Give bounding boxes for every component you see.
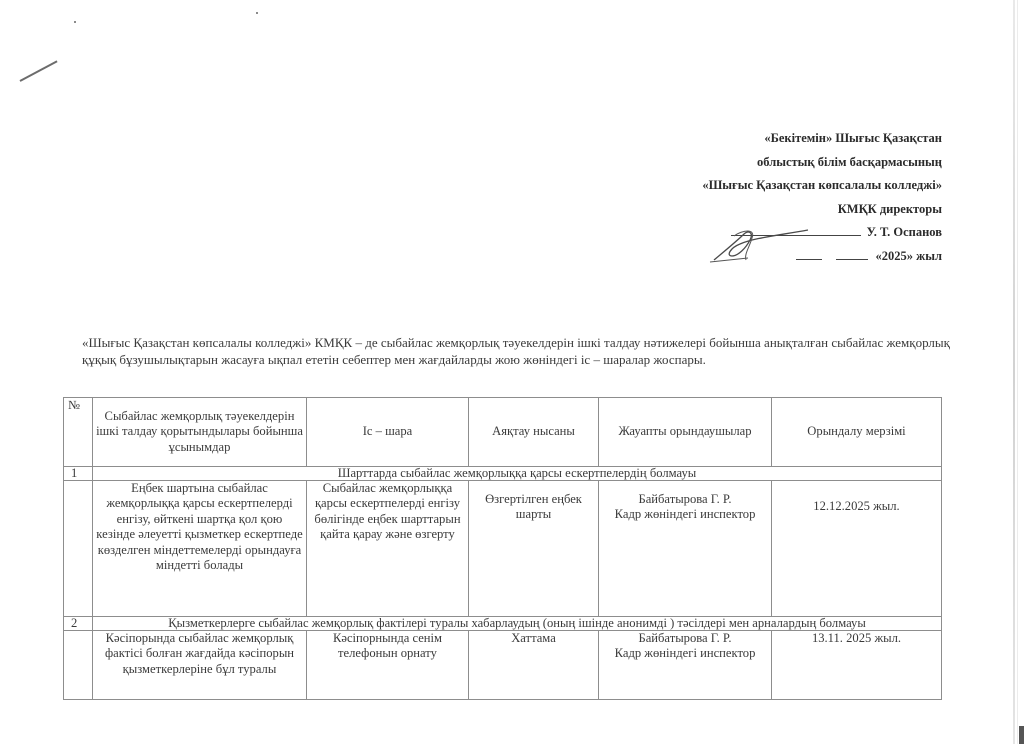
scan-speck <box>74 21 76 23</box>
handwritten-signature <box>704 226 814 266</box>
cell-action: Сыбайлас жемқорлыққа қарсы ескертпелерді… <box>307 481 469 617</box>
section-number: 1 <box>64 467 93 481</box>
scan-speck <box>256 12 258 14</box>
plan-intro-paragraph: «Шығыс Қазақстан көпсалалы колледжі» КМҚ… <box>82 335 962 368</box>
signatory-name: У. Т. Оспанов <box>867 225 942 239</box>
responsible-role: Кадр жөніндегі инспектор <box>602 646 768 661</box>
cell-responsible: Байбатырова Г. Р. Кадр жөніндегі инспект… <box>599 631 772 700</box>
cell-action: Кәсіпорнында сенім телефонын орнату <box>307 631 469 700</box>
section-title: Шарттарда сыбайлас жемқорлыққа қарсы еск… <box>93 467 942 481</box>
header-number: № <box>64 398 93 467</box>
action-plan-table: № Сыбайлас жемқорлық тәуекелдерін ішкі т… <box>63 397 942 700</box>
section-row: 2 Қызметкерлерге сыбайлас жемқорлық факт… <box>64 617 942 631</box>
approval-line: облыстық білім басқармасының <box>582 151 942 175</box>
header-action: Іс – шара <box>307 398 469 467</box>
cell-recommendation: Еңбек шартына сыбайлас жемқорлыққа қарсы… <box>93 481 307 617</box>
cell-recommendation: Кәсіпорында сыбайлас жемқорлық фактісі б… <box>93 631 307 700</box>
header-responsible: Жауапты орындаушылар <box>599 398 772 467</box>
scan-page-edge <box>1013 0 1015 744</box>
cell-deadline: 13.11. 2025 жыл. <box>772 631 942 700</box>
header-recommendation: Сыбайлас жемқорлық тәуекелдерін ішкі тал… <box>93 398 307 467</box>
table-header-row: № Сыбайлас жемқорлық тәуекелдерін ішкі т… <box>64 398 942 467</box>
scan-pen-mark <box>20 60 58 81</box>
cell-completion-form: Өзгертілген еңбек шарты <box>469 481 599 617</box>
row-number-empty <box>64 481 93 617</box>
row-number-empty <box>64 631 93 700</box>
cell-completion-form: Хаттама <box>469 631 599 700</box>
header-completion-form: Аяқтау нысаны <box>469 398 599 467</box>
section-number: 2 <box>64 617 93 631</box>
approval-date-year: «2025» жыл <box>876 249 942 263</box>
table-row: Кәсіпорында сыбайлас жемқорлық фактісі б… <box>64 631 942 700</box>
approval-line: «Шығыс Қазақстан көпсалалы колледжі» <box>582 174 942 198</box>
section-title: Қызметкерлерге сыбайлас жемқорлық фактіл… <box>93 617 942 631</box>
responsible-name: Байбатырова Г. Р. <box>602 492 768 507</box>
header-deadline: Орындалу мерзімі <box>772 398 942 467</box>
approval-line: КМҚК директоры <box>582 198 942 222</box>
approval-line: «Бекітемін» Шығыс Қазақстан <box>582 127 942 151</box>
scan-corner-mark <box>1019 726 1024 744</box>
scan-page-edge-inner <box>1017 0 1018 744</box>
cell-responsible: Байбатырова Г. Р. Кадр жөніндегі инспект… <box>599 481 772 617</box>
table-row: Еңбек шартына сыбайлас жемқорлыққа қарсы… <box>64 481 942 617</box>
date-month-blank <box>836 246 868 260</box>
responsible-role: Кадр жөніндегі инспектор <box>602 507 768 522</box>
section-row: 1 Шарттарда сыбайлас жемқорлыққа қарсы е… <box>64 467 942 481</box>
responsible-name: Байбатырова Г. Р. <box>602 631 768 646</box>
cell-deadline: 12.12.2025 жыл. <box>772 481 942 617</box>
